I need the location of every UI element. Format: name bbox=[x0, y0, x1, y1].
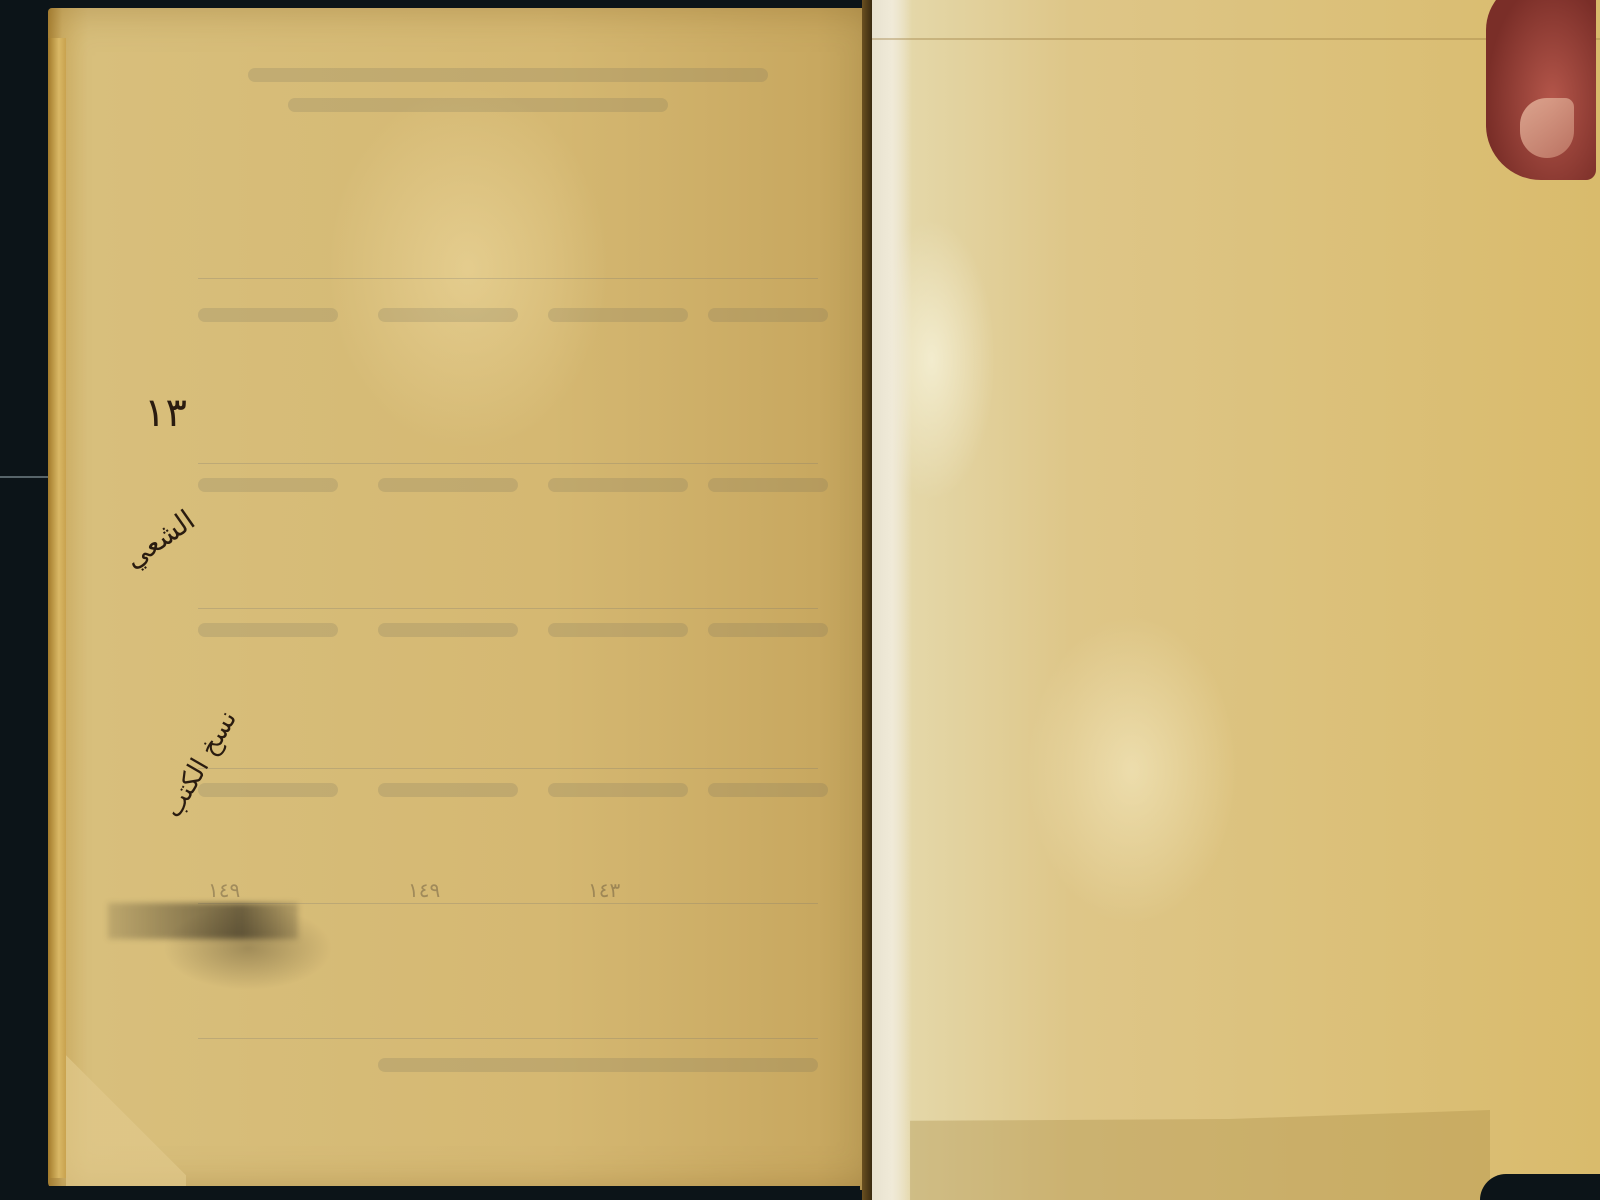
faded-text-line bbox=[288, 98, 668, 112]
faded-text-line bbox=[378, 308, 518, 322]
table-rule bbox=[198, 768, 818, 769]
table-rule bbox=[198, 608, 818, 609]
margin-note-lower: نسخ الكتب bbox=[158, 705, 243, 823]
spine-strip bbox=[872, 0, 912, 1200]
table-number: ١٤٩ bbox=[408, 878, 440, 902]
faded-text-line bbox=[548, 623, 688, 637]
table-rule bbox=[198, 463, 818, 464]
faded-text-line bbox=[378, 623, 518, 637]
faded-text-line bbox=[248, 68, 768, 82]
page-edge bbox=[48, 38, 66, 1178]
faded-text-line bbox=[198, 478, 338, 492]
right-blank-page bbox=[872, 0, 1600, 1200]
bottom-shadow bbox=[0, 1186, 860, 1200]
faded-text-line bbox=[548, 308, 688, 322]
folio-number: ١٣ bbox=[144, 390, 187, 436]
table-rule bbox=[198, 1038, 818, 1039]
table-number: ١٤٩ bbox=[208, 878, 240, 902]
folded-corner bbox=[66, 1040, 186, 1190]
faded-text-line bbox=[198, 308, 338, 322]
ink-smudge bbox=[108, 903, 298, 939]
faded-text-line bbox=[198, 783, 338, 797]
thumbnail-nail bbox=[1520, 98, 1574, 158]
faded-text-line bbox=[548, 478, 688, 492]
faded-text-line bbox=[708, 783, 828, 797]
faded-text-line bbox=[378, 783, 518, 797]
thumb bbox=[1486, 0, 1596, 180]
faded-text-line bbox=[708, 478, 828, 492]
faded-text-line bbox=[708, 308, 828, 322]
faded-text-line bbox=[708, 623, 828, 637]
table-number: ١٤٣ bbox=[588, 878, 620, 902]
faded-text-line bbox=[378, 1058, 818, 1072]
background-corner bbox=[1480, 1174, 1600, 1200]
left-manuscript-page: ١٤٩ ١٤٩ ١٤٣ ١٣ الشعي نسخ الكتب bbox=[48, 8, 884, 1190]
faded-text-line bbox=[198, 623, 338, 637]
tape-strip bbox=[910, 1110, 1490, 1200]
faded-text-line bbox=[378, 478, 518, 492]
margin-note-upper: الشعي bbox=[118, 503, 201, 575]
book-gutter bbox=[862, 0, 872, 1200]
faded-text-line bbox=[548, 783, 688, 797]
table-rule bbox=[198, 278, 818, 279]
